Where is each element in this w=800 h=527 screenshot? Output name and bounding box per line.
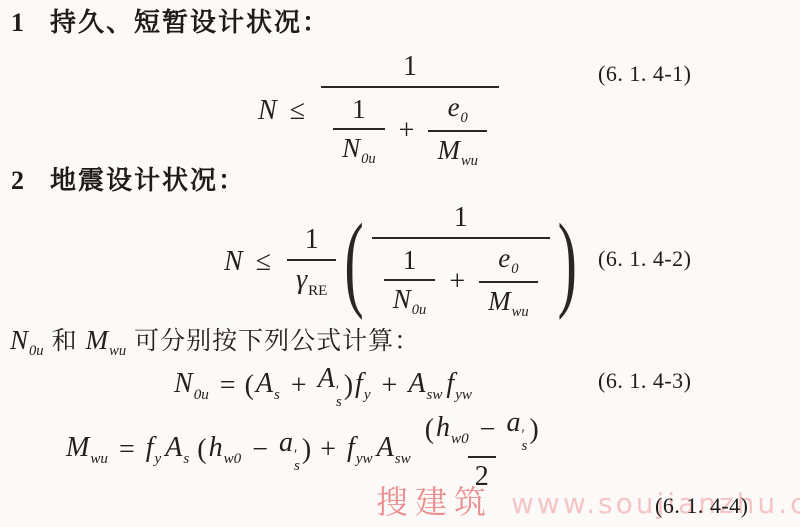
var-As: As [256,368,280,403]
var-f: f [355,368,363,399]
sub-denominator: N0u [384,279,436,320]
conjunction-text: 和 [52,321,78,357]
var-e0: e0 [498,243,518,278]
sub-numerator: e0 [489,242,527,281]
number-one: 1 [403,245,417,276]
var-N0u: N0u [342,133,376,168]
plus-operator: + [449,266,465,298]
term-e0-over-Mwu: e0 Mwu [479,242,538,322]
prime-subscript-stack: ′s [521,430,527,453]
clause-title-2: 地震设计状况： [50,160,246,197]
var-as-prime: a′s [279,427,300,473]
left-paren: ( [425,414,434,446]
var-Mwu: Mwu [437,135,478,170]
var-M: M [437,135,460,165]
subscript-wu: wu [90,451,108,467]
var-M: M [66,432,89,463]
subscript-sw: sw [395,451,411,467]
sub-denominator: N0u [333,128,385,169]
var-N: N [258,95,277,126]
var-As-prime: A′s [318,363,342,409]
equals-operator: = [119,434,135,466]
var-N0u: N0u [174,368,209,403]
var-Mwu: Mwu [86,325,127,360]
equation-number-2: (6. 1. 4-2) [598,246,691,272]
fraction-numerator: 1 [298,223,326,259]
sub-denominator: Mwu [428,130,487,171]
fraction-numerator: ( hw0 − a′s ) [418,406,546,456]
number-one: 1 [352,94,366,125]
subscript-w0: w0 [451,431,469,447]
fraction-denominator: 1 N0u + e0 Mwu [321,86,499,172]
var-e: e [448,92,460,122]
fraction-numerator: 1 [447,201,475,237]
coefficient-fraction: 1 γRE [287,223,336,300]
equation-number-3: (6. 1. 4-3) [598,368,691,394]
plus-operator: + [291,370,307,402]
document-page: 1 持久、短暂设计状况： N ≤ 1 1 N0u + [0,0,800,527]
clause-heading-2: 2 地震设计状况： [11,160,246,197]
var-N: N [224,246,243,277]
equation-number-4: (6. 1. 4-4) [655,493,748,519]
subscript-s: s [274,387,280,403]
number-one: 1 [454,202,468,234]
right-paren: ) [558,208,577,315]
main-fraction: 1 1 N0u + e0 Mwu [372,201,550,323]
leq-operator: ≤ [256,246,271,278]
var-N0u: N0u [393,284,427,319]
fraction-denominator: γRE [287,259,336,300]
var-Asw: Asw [377,432,411,467]
subscript-y: y [364,387,371,403]
equation-number-1: (6. 1. 4-1) [598,61,691,87]
var-A: A [256,368,273,399]
var-gamma: γ [296,264,307,295]
subscript-s: s [183,451,189,467]
clause-title-1: 持久、短暂设计状况： [50,2,330,39]
right-paren: ) [529,414,538,446]
var-M: M [86,325,109,355]
subscript-s: s [521,440,527,453]
subscript-0: 0 [461,110,468,126]
subscript-s: s [294,460,300,473]
clause-number-2: 2 [11,166,24,196]
var-Mwu: Mwu [488,286,529,321]
sub-numerator: 1 [396,244,424,279]
var-a: a [279,427,293,458]
plus-operator: + [382,370,398,402]
sub-denominator: Mwu [479,281,538,322]
subscript-0u: 0u [361,151,376,167]
var-N: N [10,325,28,355]
subscript-wu: wu [109,343,126,359]
equals-operator: = [220,370,236,402]
sub-numerator: e0 [439,91,477,130]
leq-operator: ≤ [290,95,305,127]
var-N: N [393,284,411,314]
var-fyw: fyw [347,432,373,467]
subscript-sw: sw [426,387,442,403]
sub-numerator: 1 [345,93,373,128]
watermark-brand: 搜建筑 [376,477,493,523]
var-a: a [506,407,520,438]
number-one: 1 [403,51,417,83]
var-e: e [498,243,510,273]
plus-operator: + [320,434,336,466]
var-f: f [446,368,454,399]
subscript-0: 0 [511,261,518,277]
right-paren: ) [302,434,311,466]
var-hw0: hw0 [436,412,469,447]
term-1-over-N0u: 1 N0u [384,244,436,320]
var-N: N [342,133,360,163]
subscript-0u: 0u [412,302,427,318]
note-text: 可分别按下列公式计算： [134,321,420,357]
clause-number-1: 1 [11,8,24,38]
subscript-RE: RE [308,283,327,299]
var-as-prime: a′s [506,407,527,453]
var-e0: e0 [448,92,468,127]
prime-subscript-stack: ′s [294,450,300,473]
var-fy: fy [355,368,371,403]
equation-6-1-4-2: N ≤ 1 γRE ( 1 1 N0u [222,201,580,323]
term-e0-over-Mwu: e0 Mwu [428,91,487,171]
var-fy: fy [146,432,162,467]
var-As: As [165,432,189,467]
var-A: A [165,432,182,463]
left-paren: ( [344,208,363,315]
subscript-0u: 0u [29,343,44,359]
minus-operator: − [252,434,268,466]
subscript-w0: w0 [224,451,242,467]
subscript-wu: wu [461,153,478,169]
equation-6-1-4-3: N0u = ( As + A′s ) fy + Asw fyw [172,363,474,409]
fraction-denominator: 1 N0u + e0 Mwu [372,237,550,323]
var-Asw: Asw [408,368,442,403]
subscript-yw: yw [455,387,472,403]
term-1-over-N0u: 1 N0u [333,93,385,169]
main-fraction: 1 1 N0u + e0 Mwu [321,50,499,172]
var-A: A [408,368,425,399]
var-f: f [146,432,154,463]
left-paren: ( [197,434,206,466]
var-Mwu: Mwu [66,432,108,467]
subscript-yw: yw [356,451,373,467]
subscript-wu: wu [512,304,529,320]
plus-operator: + [399,115,415,147]
left-paren: ( [245,370,254,402]
var-f: f [347,432,355,463]
var-M: M [488,286,511,316]
var-N0u: N0u [10,325,44,360]
var-hw0: hw0 [209,432,242,467]
number-one: 1 [305,224,319,256]
right-paren: ) [344,370,353,402]
var-fyw: fyw [446,368,472,403]
subscript-y: y [155,451,162,467]
note-line: N0u 和 Mwu 可分别按下列公式计算： [8,321,426,360]
equation-6-1-4-1: N ≤ 1 1 N0u + e0 [256,50,504,172]
minus-operator: − [480,414,496,446]
var-A: A [318,363,335,394]
var-A: A [377,432,394,463]
var-N: N [174,368,193,399]
subscript-0u: 0u [194,387,209,403]
clause-heading-1: 1 持久、短暂设计状况： [11,2,330,39]
var-h: h [436,412,450,443]
var-gamma-RE: γRE [296,264,327,299]
fraction-numerator: 1 [396,50,424,86]
var-h: h [209,432,223,463]
